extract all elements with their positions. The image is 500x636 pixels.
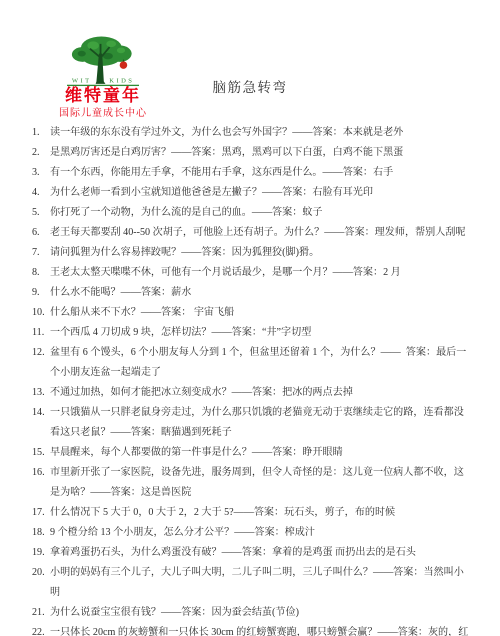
item-text: 请问狐狸为什么容易摔跤呢？——答案：因为狐狸狡(脚)猾。 (50, 243, 470, 263)
list-item: 21.为什么说蚕宝宝很有钱？——答案：因为蚕会结茧(节俭) (32, 603, 470, 623)
list-item: 22.一只体长 20cm 的灰螃蟹和一只体长 30cm 的红螃蟹赛跑，哪只螃蟹会… (32, 623, 470, 636)
item-text: 9 个橙分给 13 个小朋友，怎么分才公平？——答案：榨成汁 (50, 523, 470, 543)
item-number: 19. (32, 543, 50, 563)
item-text: 不通过加热，如何才能把冰立刻变成水？——答案：把冰的两点去掉 (50, 383, 470, 403)
list-item: 16.市里新开张了一家医院，设备先进，服务周到，但令人奇怪的是：这儿竟一位病人都… (32, 463, 470, 503)
item-number: 17. (32, 503, 50, 523)
item-number: 21. (32, 603, 50, 623)
list-item: 8.王老太太整天喋喋不休，可他有一个月说话最少，是哪一个月？——答案：2 月 (32, 263, 470, 283)
item-number: 10. (32, 303, 50, 323)
item-text: 为什么老师一看到小宝就知道他爸爸是左撇子？——答案：右脸有耳光印 (50, 183, 470, 203)
document-page: WIT KIDS 维特童年 国际儿童成长中心 脑筋急转弯 1.读一年级的东东没有… (0, 0, 500, 636)
list-item: 20.小明的妈妈有三个儿子，大儿子叫大明，二儿子叫二明，三儿子叫什么？——答案：… (32, 563, 470, 603)
item-text: 什么情况下 5 大于 0，0 大于 2，2 大于 5?——答案：玩石头，剪子，布… (50, 503, 470, 523)
list-item: 11.一个西瓜 4 刀切成 9 块，怎样切法？——答案：“井”字切型 (32, 323, 470, 343)
item-text: 为什么说蚕宝宝很有钱？——答案：因为蚕会结茧(节俭) (50, 603, 470, 623)
list-item: 14.一只饿猫从一只胖老鼠身旁走过，为什么那只饥饿的老猫竟无动于衷继续走它的路，… (32, 403, 470, 443)
item-number: 14. (32, 403, 50, 423)
list-item: 3.有一个东西，你能用左手拿，不能用右手拿，这东西是什么。——答案：右手 (32, 163, 470, 183)
item-text: 一只体长 20cm 的灰螃蟹和一只体长 30cm 的红螃蟹赛跑，哪只螃蟹会赢？—… (50, 623, 470, 636)
item-number: 3. (32, 163, 50, 183)
item-text: 王老太太整天喋喋不休，可他有一个月说话最少，是哪一个月？——答案：2 月 (50, 263, 470, 283)
list-item: 4.为什么老师一看到小宝就知道他爸爸是左撇子？——答案：右脸有耳光印 (32, 183, 470, 203)
item-number: 9. (32, 283, 50, 303)
item-number: 7. (32, 243, 50, 263)
item-number: 12. (32, 343, 50, 363)
page-title: 脑筋急转弯 (0, 76, 500, 96)
list-item: 6.老王每天都要刮 40--50 次胡子，可他脸上还有胡子。为什么？——答案：理… (32, 223, 470, 243)
item-number: 6. (32, 223, 50, 243)
brand-tagline: 国际儿童成长中心 (40, 107, 166, 120)
list-item: 9.什么水不能喝？——答案：薪水 (32, 283, 470, 303)
item-text: 拿着鸡蛋扔石头，为什么鸡蛋没有破？——答案：拿着的是鸡蛋 而扔出去的是石头 (50, 543, 470, 563)
item-text: 是黑鸡厉害还是白鸡厉害？——答案：黑鸡，黑鸡可以下白蛋，白鸡不能下黑蛋 (50, 143, 470, 163)
list-item: 7.请问狐狸为什么容易摔跤呢？——答案：因为狐狸狡(脚)猾。 (32, 243, 470, 263)
item-number: 2. (32, 143, 50, 163)
list-item: 18.9 个橙分给 13 个小朋友，怎么分才公平？——答案：榨成汁 (32, 523, 470, 543)
list-item: 1.读一年级的东东没有学过外文，为什么也会写外国字？——答案：本来就是老外 (32, 123, 470, 143)
item-number: 18. (32, 523, 50, 543)
item-number: 4. (32, 183, 50, 203)
item-number: 16. (32, 463, 50, 483)
item-number: 11. (32, 323, 50, 343)
list-item: 5.你打死了一个动物，为什么流的是自己的血。——答案：蚊子 (32, 203, 470, 223)
item-text: 什么水不能喝？——答案：薪水 (50, 283, 470, 303)
item-text: 一只饿猫从一只胖老鼠身旁走过，为什么那只饥饿的老猫竟无动于衷继续走它的路，连看都… (50, 403, 470, 443)
item-text: 有一个东西，你能用左手拿，不能用右手拿，这东西是什么。——答案：右手 (50, 163, 470, 183)
list-item: 15.早晨醒来，每个人都要做的第一件事是什么？——答案：睁开眼睛 (32, 443, 470, 463)
item-number: 22. (32, 623, 50, 636)
item-text: 小明的妈妈有三个儿子，大儿子叫大明，二儿子叫二明，三儿子叫什么？——答案：当然叫… (50, 563, 470, 603)
list-item: 13.不通过加热，如何才能把冰立刻变成水？——答案：把冰的两点去掉 (32, 383, 470, 403)
riddle-list: 1.读一年级的东东没有学过外文，为什么也会写外国字？——答案：本来就是老外2.是… (32, 123, 470, 636)
item-number: 13. (32, 383, 50, 403)
item-text: 你打死了一个动物，为什么流的是自己的血。——答案：蚊子 (50, 203, 470, 223)
list-item: 10.什么船从来不下水？——答案： 宇宙飞船 (32, 303, 470, 323)
item-number: 1. (32, 123, 50, 143)
item-number: 15. (32, 443, 50, 463)
item-text: 一个西瓜 4 刀切成 9 块，怎样切法？——答案：“井”字切型 (50, 323, 470, 343)
list-item: 17.什么情况下 5 大于 0，0 大于 2，2 大于 5?——答案：玩石头，剪… (32, 503, 470, 523)
item-text: 老王每天都要刮 40--50 次胡子，可他脸上还有胡子。为什么？——答案：理发师… (50, 223, 470, 243)
item-text: 市里新开张了一家医院，设备先进，服务周到，但令人奇怪的是：这儿竟一位病人都不收，… (50, 463, 470, 503)
list-item: 2.是黑鸡厉害还是白鸡厉害？——答案：黑鸡，黑鸡可以下白蛋，白鸡不能下黑蛋 (32, 143, 470, 163)
item-number: 8. (32, 263, 50, 283)
item-text: 早晨醒来，每个人都要做的第一件事是什么？——答案：睁开眼睛 (50, 443, 470, 463)
item-text: 读一年级的东东没有学过外文，为什么也会写外国字？——答案：本来就是老外 (50, 123, 470, 143)
item-text: 盆里有 6 个馒头，6 个小朋友每人分到 1 个，但盆里还留着 1 个，为什么？… (50, 343, 470, 383)
item-number: 5. (32, 203, 50, 223)
item-number: 20. (32, 563, 50, 583)
item-text: 什么船从来不下水？——答案： 宇宙飞船 (50, 303, 470, 323)
list-item: 19.拿着鸡蛋扔石头，为什么鸡蛋没有破？——答案：拿着的是鸡蛋 而扔出去的是石头 (32, 543, 470, 563)
list-item: 12.盆里有 6 个馒头，6 个小朋友每人分到 1 个，但盆里还留着 1 个，为… (32, 343, 470, 383)
